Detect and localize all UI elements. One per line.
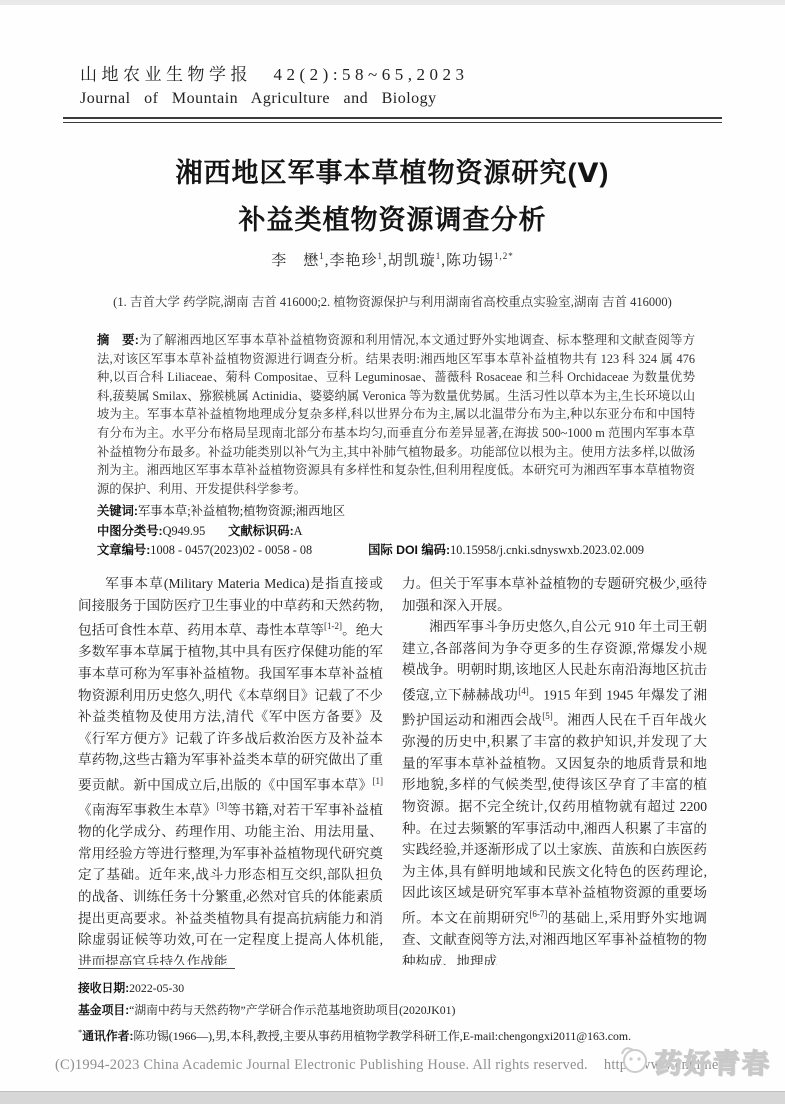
header-double-rule bbox=[63, 117, 722, 123]
clc-value: Q949.95 bbox=[163, 524, 206, 538]
watermark-logo: 药好青春 bbox=[616, 1042, 771, 1081]
corresponding-label: 通讯作者: bbox=[82, 1029, 133, 1043]
article-title-line1: 湘西地区军事本草植物资源研究(Ⅴ) bbox=[0, 150, 785, 197]
journal-name-cn: 山地农业生物学报 42(2):58~65,2023 bbox=[80, 60, 469, 85]
doi-value: 10.15958/j.cnki.sdnyswxb.2023.02.009 bbox=[450, 543, 644, 557]
copyright-text: (C)1994-2023 China Academic Journal Elec… bbox=[55, 1057, 588, 1073]
footnotes-block: 接收日期:2022-05-30 基金项目:“湖南中药与天然药物”产学研合作示范基… bbox=[78, 977, 723, 1047]
doi-pair: 国际 DOI 编码:10.15958/j.cnki.sdnyswxb.2023.… bbox=[368, 543, 644, 557]
received-value: 2022-05-30 bbox=[129, 981, 184, 995]
doc-code-label: 文献标识码: bbox=[228, 524, 294, 538]
clc-pair: 中图分类号:Q949.95 bbox=[97, 522, 225, 541]
body-paragraph: 湘西军事斗争历史悠久,自公元 910 年土司王朝建立,各部落间为争夺更多的生存资… bbox=[402, 616, 707, 965]
article-title-line2: 补益类植物资源调查分析 bbox=[0, 197, 785, 244]
fund-label: 基金项目: bbox=[78, 1003, 129, 1017]
journal-article-page: 山地农业生物学报 42(2):58~65,2023 Journal of Mou… bbox=[0, 0, 785, 1104]
received-label: 接收日期: bbox=[78, 981, 129, 995]
doc-code-pair: 文献标识码:A bbox=[228, 524, 302, 538]
watermark-text: 药好青春 bbox=[655, 1042, 771, 1081]
corresponding-value: 陈功锡(1966—),男,本科,教授,主要从事药用植物学教学科研工作,E-mai… bbox=[133, 1029, 631, 1043]
meta-block: 关键词:军事本草;补益植物;植物资源;湘西地区 中图分类号:Q949.95 文献… bbox=[97, 502, 707, 561]
body-paragraph: 军事本草(Military Materia Medica)是指直接或间接服务于国… bbox=[78, 573, 383, 965]
clc-label: 中图分类号: bbox=[97, 524, 163, 538]
article-title: 湘西地区军事本草植物资源研究(Ⅴ) 补益类植物资源调查分析 bbox=[0, 150, 785, 244]
abstract-text: 为了解湘西地区军事本草补益植物资源和利用情况,本文通过野外实地调查、标本整理和文… bbox=[97, 333, 695, 496]
article-no-label: 文章编号: bbox=[97, 543, 150, 557]
article-no-pair: 文章编号:1008 - 0457(2023)02 - 0058 - 08 bbox=[97, 541, 365, 560]
body-column-left: 军事本草(Military Materia Medica)是指直接或间接服务于国… bbox=[78, 573, 383, 965]
scan-edge-bottom bbox=[0, 1091, 785, 1104]
classification-line: 中图分类号:Q949.95 文献标识码:A bbox=[97, 522, 707, 541]
affiliation-line: (1. 吉首大学 药学院,湖南 吉首 416000;2. 植物资源保护与利用湖南… bbox=[0, 292, 785, 310]
footnote-separator-rule bbox=[78, 968, 235, 969]
doc-code-value: A bbox=[294, 524, 303, 538]
footnote-fund-project: 基金项目:“湖南中药与天然药物”产学研合作示范基地资助项目(2020JK01) bbox=[78, 999, 723, 1021]
abstract-block: 摘 要:为了解湘西地区军事本草补益植物资源和利用情况,本文通过野外实地调查、标本… bbox=[97, 331, 695, 501]
fund-value: “湖南中药与天然药物”产学研合作示范基地资助项目(2020JK01) bbox=[129, 1003, 455, 1017]
authors-line: 李 懋1,李艳珍1,胡凯璇1,陈功锡1,2* bbox=[0, 249, 785, 270]
keywords-label: 关键词: bbox=[97, 504, 138, 518]
article-no-value: 1008 - 0457(2023)02 - 0058 - 08 bbox=[150, 543, 312, 557]
keywords-value: 军事本草;补益植物;植物资源;湘西地区 bbox=[138, 504, 345, 518]
doi-label: 国际 DOI 编码: bbox=[368, 543, 450, 557]
body-two-columns: 军事本草(Military Materia Medica)是指直接或间接服务于国… bbox=[78, 573, 708, 965]
abstract-paragraph: 摘 要:为了解湘西地区军事本草补益植物资源和利用情况,本文通过野外实地调查、标本… bbox=[97, 331, 695, 498]
journal-name-en: Journal of Mountain Agriculture and Biol… bbox=[80, 90, 469, 108]
watermark-face-icon bbox=[616, 1042, 652, 1081]
abstract-label: 摘 要: bbox=[97, 333, 139, 347]
scan-edge-top bbox=[0, 0, 785, 5]
article-number-line: 文章编号:1008 - 0457(2023)02 - 0058 - 08 国际 … bbox=[97, 541, 707, 560]
footnote-received-date: 接收日期:2022-05-30 bbox=[78, 977, 723, 999]
body-column-right: 力。但关于军事本草补益植物的专题研究极少,亟待加强和深入开展。 湘西军事斗争历史… bbox=[402, 573, 707, 965]
journal-header: 山地农业生物学报 42(2):58~65,2023 Journal of Mou… bbox=[80, 60, 469, 108]
keywords-line: 关键词:军事本草;补益植物;植物资源;湘西地区 bbox=[97, 502, 707, 521]
body-paragraph: 力。但关于军事本草补益植物的专题研究极少,亟待加强和深入开展。 bbox=[402, 573, 707, 616]
